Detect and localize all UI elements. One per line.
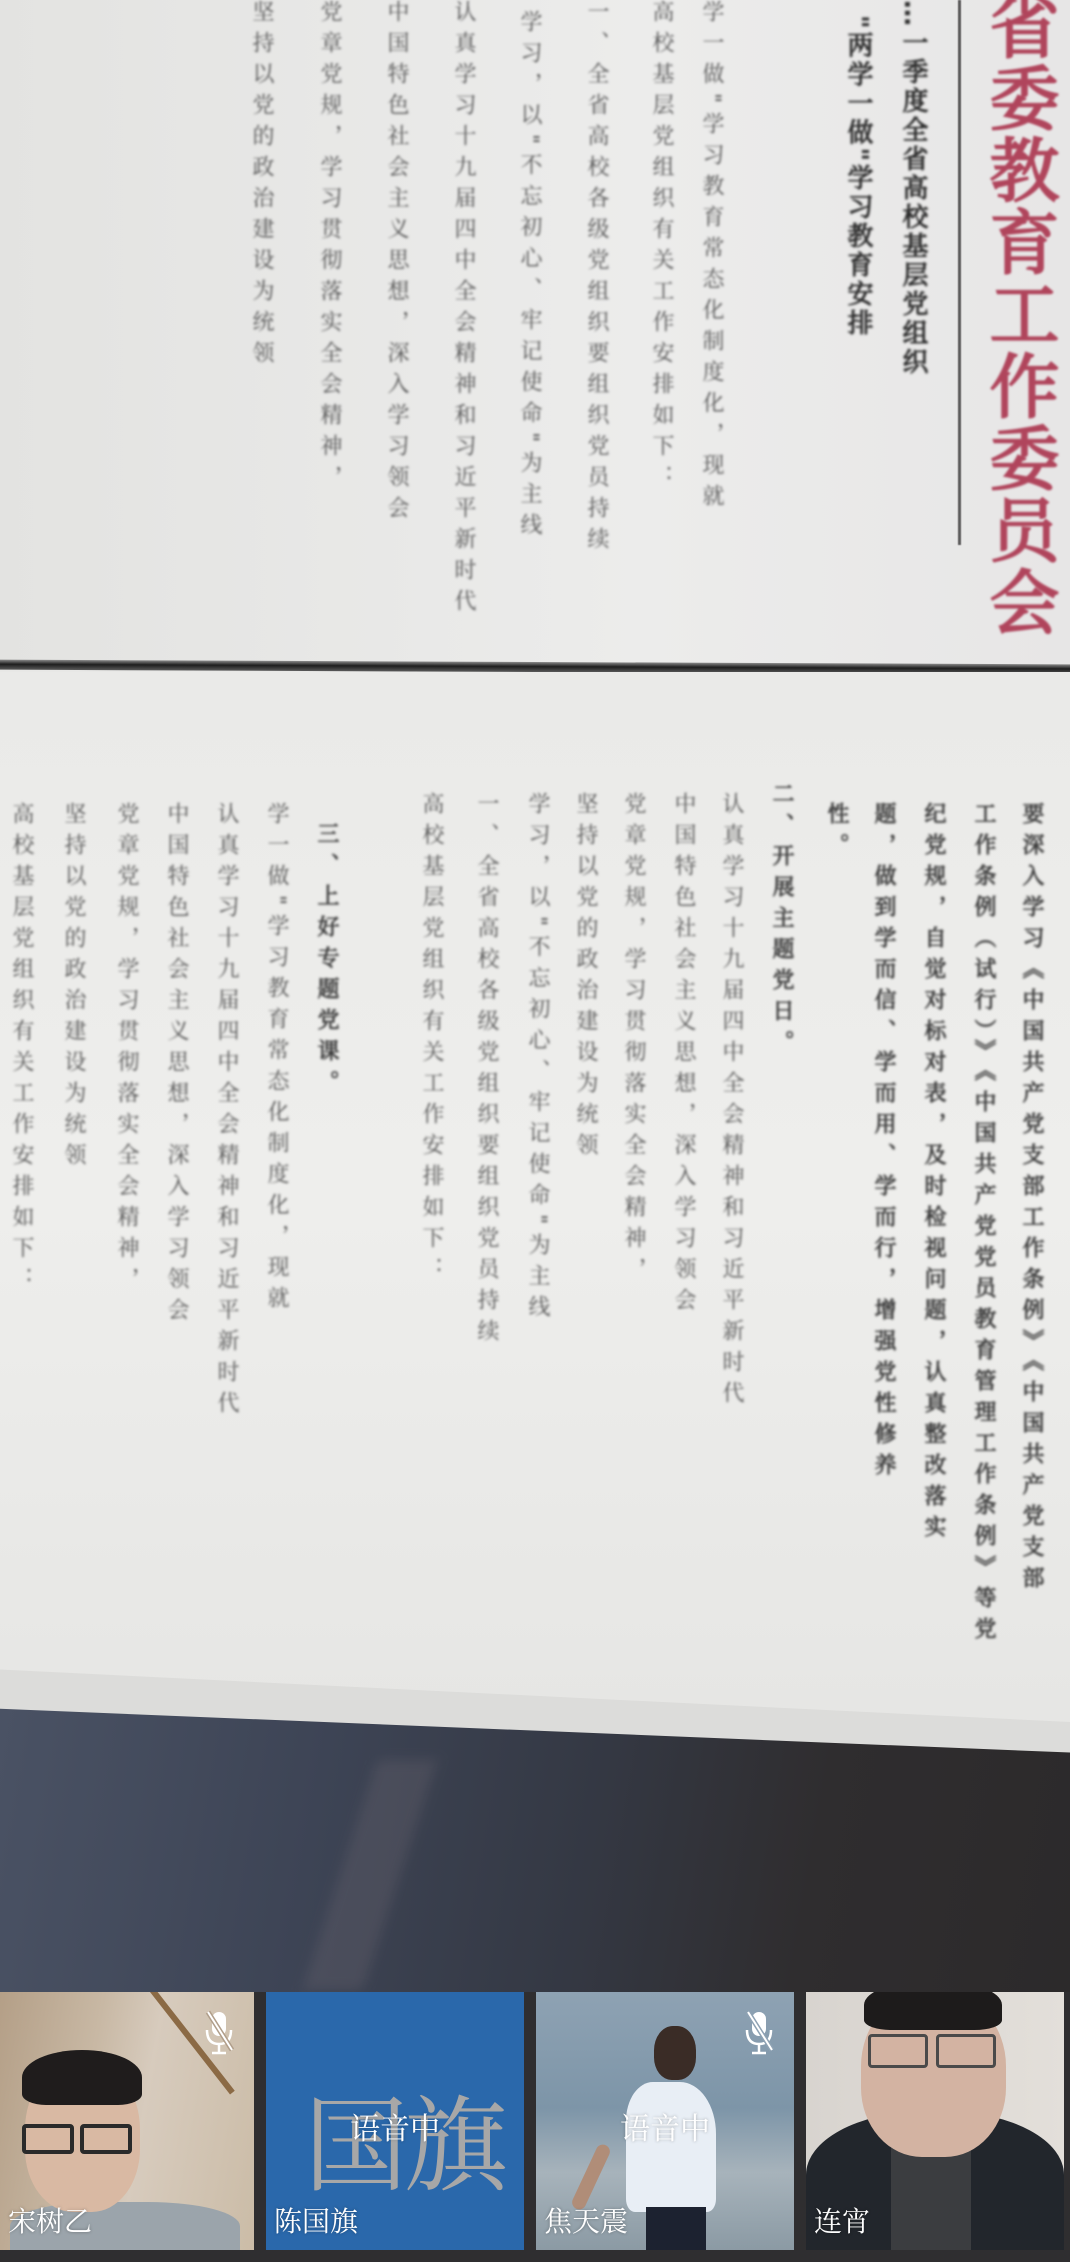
participant-tile-4[interactable]: 连宵 bbox=[806, 1992, 1064, 2250]
participant-tile-1[interactable]: 宋树乙 bbox=[0, 1992, 254, 2250]
participant-name: 宋树乙 bbox=[8, 2200, 92, 2240]
participant-hair bbox=[864, 1992, 1002, 2030]
document-text-column: 认真学习十九届四中全会精神和习近平新时代 bbox=[452, 0, 474, 620]
document-text-column: 中国特色社会主义思想，深入学习领会 bbox=[385, 0, 407, 527]
document-text-column: 学一做"学习教育常态化制度化，现就 bbox=[700, 0, 722, 515]
document-title: 省委教育工作委员会 bbox=[969, 0, 1070, 638]
document-text-column: 党章党规，学习贯彻落实全会精神， bbox=[318, 0, 340, 496]
document-text-column: 工作条例（试行）》《中国共产党党员教育管理工作条例》等党 bbox=[972, 802, 994, 1648]
document-text-column: 高校基层党组织有关工作安排如下： bbox=[420, 792, 442, 1288]
participant-head bbox=[654, 2026, 696, 2080]
document-text-column: 中国特色社会主义思想，深入学习领会 bbox=[165, 802, 187, 1329]
speaking-status: 语音中 bbox=[266, 2104, 524, 2148]
participant-name: 连宵 bbox=[814, 2200, 870, 2240]
document-subtitle-line-1: …一季度全省高校基层党组织 bbox=[895, 0, 932, 377]
document-text-column: 高校基层党组织有关工作安排如下： bbox=[10, 802, 32, 1298]
document-text-column: 一、全省高校各级党组织要组织党员持续 bbox=[585, 0, 607, 558]
participant-name: 焦天震 bbox=[544, 2200, 628, 2240]
document-text-column: 中国特色社会主义思想，深入学习领会 bbox=[672, 792, 694, 1319]
document-text-column: 要深入学习《中国共产党支部工作条例》《中国共产党支部 bbox=[1020, 802, 1042, 1597]
document-text-column: 题，做到学而信、学而用、学而行，增强党性修养 bbox=[872, 802, 894, 1484]
document-text-column: 党章党规，学习贯彻落实全会精神， bbox=[115, 802, 137, 1298]
document-text-column: 党章党规，学习贯彻落实全会精神， bbox=[622, 792, 644, 1288]
participant-legs bbox=[646, 2207, 706, 2250]
document-text-column: 学习，以"不忘初心、牢记使命"为主线 bbox=[526, 792, 548, 1326]
document-subtitle-line-2: "两学一做"学习教育安排 bbox=[840, 15, 877, 338]
participant-glasses bbox=[80, 2124, 132, 2154]
document-text-column: 性。 bbox=[825, 802, 847, 864]
participant-glasses bbox=[936, 2034, 996, 2068]
document-text-column: 坚持以党的政治建设为统领 bbox=[574, 792, 596, 1164]
document-text-column: 高校基层党组织有关工作安排如下： bbox=[650, 0, 672, 496]
speaking-status: 语音中 bbox=[536, 2104, 794, 2148]
mic-off-icon bbox=[204, 2010, 234, 2056]
participant-glasses bbox=[22, 2124, 74, 2154]
document-text-column: 一、全省高校各级党组织要组织党员持续 bbox=[475, 792, 497, 1350]
document-page-bottom: 要深入学习《中国共产党支部工作条例》《中国共产党支部 工作条例（试行）》《中国共… bbox=[0, 672, 1070, 1722]
title-divider bbox=[958, 0, 961, 545]
desk-surface bbox=[0, 1700, 1070, 1992]
participant-hair bbox=[22, 2050, 142, 2105]
document-text-column: 认真学习十九届四中全会精神和习近平新时代 bbox=[215, 802, 237, 1422]
document-text-column: 学一做"学习教育常态化制度化，现就 bbox=[265, 802, 287, 1317]
document-text-column: 坚持以党的政治建设为统领 bbox=[250, 0, 272, 372]
document-section-heading: 三、上好专题党课。 bbox=[315, 822, 337, 1101]
document-text-column: 纪党规，自觉对标对表，及时检视问题，认真整改落实 bbox=[922, 802, 944, 1546]
main-video-view[interactable]: 省委教育工作委员会 …一季度全省高校基层党组织 "两学一做"学习教育安排 学一做… bbox=[0, 0, 1070, 1992]
participant-strip: 宋树乙 国旗 语音中 陈国旗 语音中 焦天震 连宵 bbox=[0, 1992, 1070, 2262]
document-text-column: 坚持以党的政治建设为统领 bbox=[62, 802, 84, 1174]
document-text-column: 认真学习十九届四中全会精神和习近平新时代 bbox=[720, 792, 742, 1412]
document-section-heading: 二、开展主题党日。 bbox=[770, 782, 792, 1061]
participant-name: 陈国旗 bbox=[274, 2200, 358, 2240]
participant-shirt bbox=[891, 2147, 971, 2250]
participant-tile-2[interactable]: 国旗 语音中 陈国旗 bbox=[266, 1992, 524, 2250]
participant-tile-3[interactable]: 语音中 焦天震 bbox=[536, 1992, 794, 2250]
participant-glasses bbox=[868, 2034, 928, 2068]
mic-off-icon bbox=[744, 2010, 774, 2056]
document-text-column: 学习，以"不忘初心、牢记使命"为主线 bbox=[518, 10, 540, 544]
